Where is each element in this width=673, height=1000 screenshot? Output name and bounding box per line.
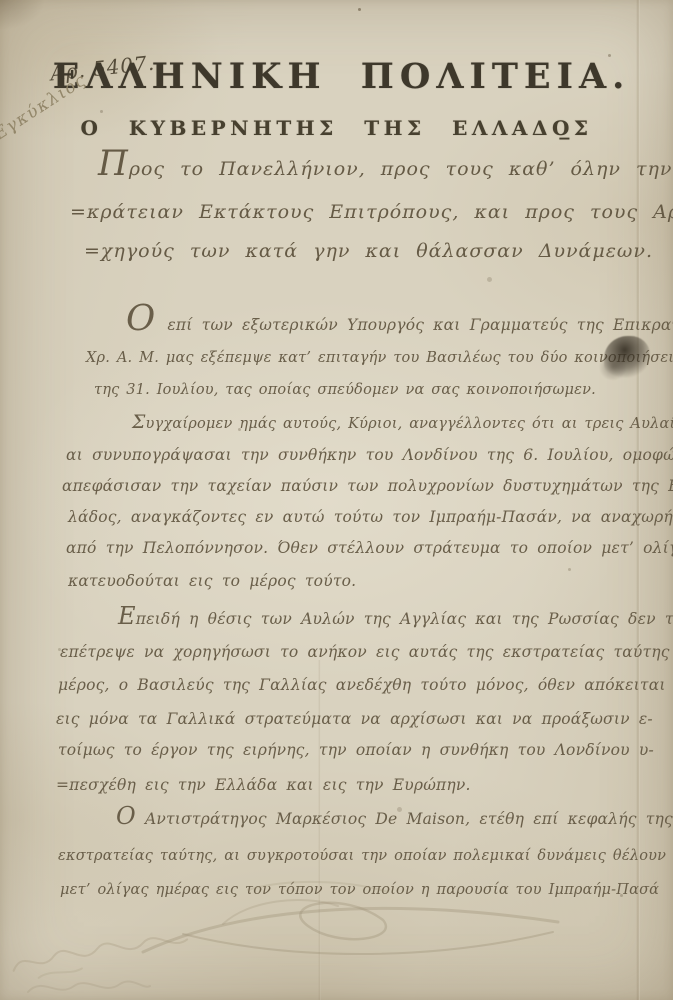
page-subtitle: Ο ΚΥΒΕΡΝΗΤΗΣ ΤΗΣ ΕΛΛΑΔΟ̲Σ	[0, 116, 673, 140]
paragraph-line: Χρ. Α. Μ. μας εξέπεμψε κατ’ επιταγήν του…	[86, 351, 673, 366]
address-line: =χηγούς των κατά γην και θάλασσαν Δυνάμε…	[84, 242, 653, 261]
paragraph-line: Ο Αντιστράτηγος Μαρκέσιος De Maison, ετέ…	[116, 812, 673, 828]
paragraph-line: της 31. Ιουλίου, τας οποίας σπεύδομεν να…	[94, 383, 596, 398]
paragraph-line: Ο επί των εξωτερικών Υπουργός και Γραμμα…	[126, 318, 673, 334]
paragraph-line: τοίμως το έργον της ειρήνης, την οποίαν …	[58, 743, 654, 759]
paragraph-line: εις μόνα τα Γαλλικά στρατεύματα να αρχίσ…	[56, 712, 653, 728]
paragraph-line: κατευοδούται εις το μέρος τούτο.	[68, 574, 356, 590]
paper-specks	[358, 8, 361, 11]
address-line: =κράτειαν Εκτάκτους Επιτρόπους, και προς…	[70, 203, 673, 222]
paragraph-line: επέτρεψε να χορηγήσωσι το ανήκον εις αυτ…	[60, 645, 670, 661]
paragraph-line: αι συνυπογράψασαι την συνθήκην του Λονδί…	[66, 448, 673, 464]
paragraph-line: απεφάσισαν την ταχείαν παύσιν των πολυχρ…	[62, 479, 673, 495]
manuscript-page: Αρ. 5407. ΕΛΛΗΝΙΚΗ ΠΟΛΙΤΕΙΑ. Ο ΚΥΒΕΡΝΗΤΗ…	[0, 0, 673, 1000]
address-line: Προς το Πανελλήνιον, προς τους καθ’ όλην…	[98, 160, 673, 179]
ink-blot	[604, 336, 650, 380]
page-title: ΕΛΛΗΝΙΚΗ ΠΟΛΙΤΕΙΑ.	[0, 56, 673, 97]
ghost-writing	[24, 972, 154, 1000]
paragraph-line: Επειδή η θέσις των Αυλών της Αγγλίας και…	[118, 612, 673, 628]
paragraph-line: Συγχαίρομεν ημάς αυτούς, Κύριοι, αναγγέλ…	[132, 417, 673, 432]
paragraph-line: =πεσχέθη εις την Ελλάδα και εις την Ευρώ…	[56, 778, 471, 794]
paragraph-line: από την Πελοπόννησον. Όθεν στέλλουν στρά…	[66, 541, 673, 557]
paragraph-line: εκστρατείας ταύτης, αι συγκροτούσαι την …	[58, 849, 673, 864]
paragraph-line: λάδος, αναγκάζοντες εν αυτώ τούτω τον Ιμ…	[68, 510, 673, 526]
paragraph-line: μέρος, ο Βασιλεύς της Γαλλίας ανεδέχθη τ…	[58, 678, 666, 694]
